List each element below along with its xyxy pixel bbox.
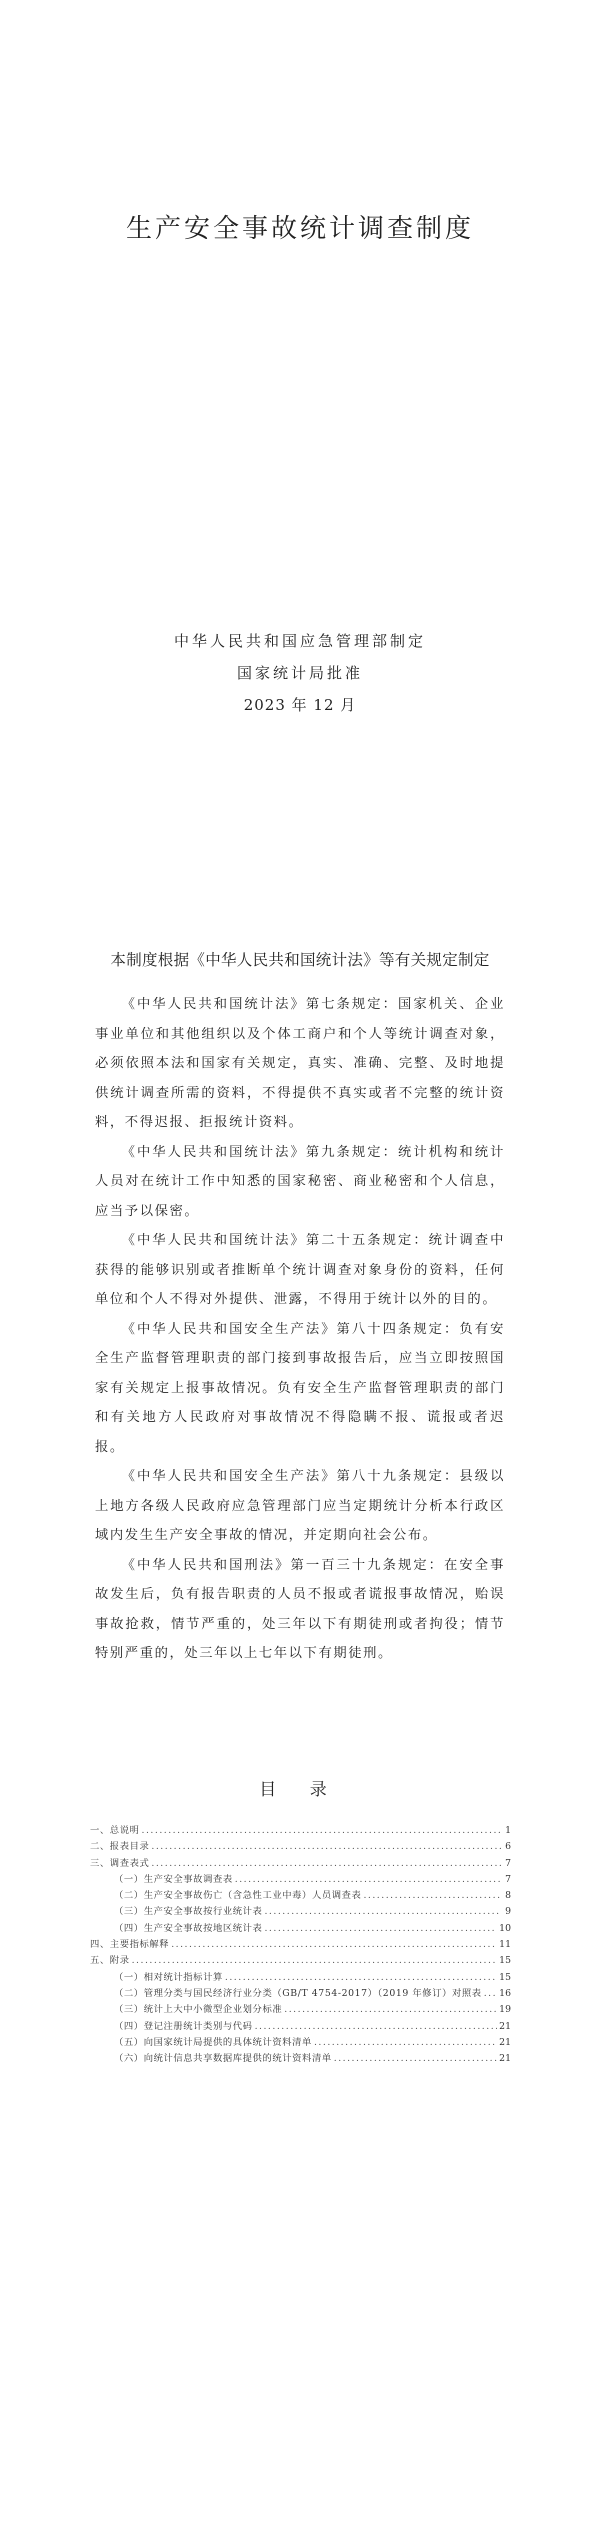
toc-leader-dots	[255, 2019, 498, 2035]
toc-subentry[interactable]: （三）生产安全事故按行业统计表 9	[90, 1904, 511, 1920]
toc-leader-dots	[142, 1823, 502, 1839]
toc-entry-label: （二）管理分类与国民经济行业分类（GB/T 4754-2017）（2019 年修…	[114, 1986, 482, 2002]
toc-entry-label: （五）向国家统计局提供的具体统计资料清单	[114, 2035, 312, 2051]
toc-entry[interactable]: 三、调查表式 7	[90, 1856, 511, 1872]
toc-entry-label: 三、调查表式	[90, 1856, 149, 1872]
toc-entry-page: 7	[503, 1856, 511, 1872]
toc-entry-label: 五、附录	[90, 1953, 130, 1969]
toc-entry[interactable]: 四、主要指标解释 11	[90, 1937, 511, 1953]
issue-date: 2023 年 12 月	[0, 694, 600, 715]
toc-entry-page: 6	[503, 1839, 511, 1855]
toc-entry-page: 8	[503, 1888, 511, 1904]
toc-leader-dots	[225, 1970, 497, 1986]
toc-entry[interactable]: 二、报表目录 6	[90, 1839, 511, 1855]
toc-subentry[interactable]: （一）相对统计指标计算 15	[90, 1970, 511, 1986]
statute-paragraph: 《中华人民共和国刑法》第一百三十九条规定：在安全事故发生后，负有报告职责的人员不…	[95, 1551, 505, 1669]
toc-entry-label: （六）向统计信息共享数据库提供的统计资料清单	[114, 2051, 332, 2067]
statute-paragraph: 《中华人民共和国统计法》第七条规定：国家机关、企业事业单位和其他组织以及个体工商…	[95, 990, 505, 1138]
toc-leader-dots	[264, 1921, 497, 1937]
toc-entry-label: 一、总说明	[90, 1823, 140, 1839]
toc-entry-label: （三）生产安全事故按行业统计表	[114, 1904, 262, 1920]
toc-entry-label: （二）生产安全事故伤亡（含急性工业中毒）人员调查表	[114, 1888, 361, 1904]
legal-basis-heading: 本制度根据《中华人民共和国统计法》等有关规定制定	[0, 948, 600, 970]
toc-entry-page: 15	[499, 1970, 511, 1986]
toc-entry-page: 1	[503, 1823, 511, 1839]
toc-leader-dots	[151, 1856, 501, 1872]
statute-paragraph: 《中华人民共和国统计法》第九条规定：统计机构和统计人员对在统计工作中知悉的国家秘…	[95, 1138, 505, 1227]
toc-entry-label: 四、主要指标解释	[90, 1937, 169, 1953]
toc-entry-page: 21	[499, 2035, 511, 2051]
legal-basis-body: 《中华人民共和国统计法》第七条规定：国家机关、企业事业单位和其他组织以及个体工商…	[95, 990, 505, 1669]
toc-entry-label: 二、报表目录	[90, 1839, 149, 1855]
toc-leader-dots	[171, 1937, 497, 1953]
toc-leader-dots	[484, 1986, 497, 2002]
toc-subentry[interactable]: （二）管理分类与国民经济行业分类（GB/T 4754-2017）（2019 年修…	[90, 1986, 511, 2002]
toc-entry-label: （三）统计上大中小微型企业划分标准	[114, 2002, 282, 2018]
toc-entry-page: 21	[499, 2051, 511, 2067]
toc-entry-page: 16	[499, 1986, 511, 2002]
toc-subentry[interactable]: （六）向统计信息共享数据库提供的统计资料清单 21	[90, 2051, 511, 2067]
toc-leader-dots	[264, 1904, 501, 1920]
toc-entry-label: （一）生产安全事故调查表	[114, 1872, 233, 1888]
approver-bureau: 国家统计局批准	[0, 662, 600, 683]
toc-entry-page: 7	[503, 1872, 511, 1888]
statute-paragraph: 《中华人民共和国安全生产法》第八十九条规定：县级以上地方各级人民政府应急管理部门…	[95, 1462, 505, 1551]
toc-entry-page: 15	[499, 1953, 511, 1969]
toc-entry[interactable]: 一、总说明 1	[90, 1823, 511, 1839]
toc-subentry[interactable]: （一）生产安全事故调查表 7	[90, 1872, 511, 1888]
toc-leader-dots	[235, 1872, 501, 1888]
toc-leader-dots	[334, 2051, 497, 2067]
toc-subentry[interactable]: （五）向国家统计局提供的具体统计资料清单 21	[90, 2035, 511, 2051]
toc-entry-page: 19	[499, 2002, 511, 2018]
toc-leader-dots	[363, 1888, 501, 1904]
toc-entry-label: （四）登记注册统计类别与代码	[114, 2019, 253, 2035]
toc-entry-page: 10	[499, 1921, 511, 1937]
toc-entry[interactable]: 五、附录 15	[90, 1953, 511, 1969]
toc-entry-page: 9	[503, 1904, 511, 1920]
toc-leader-dots	[284, 2002, 497, 2018]
toc-subentry[interactable]: （三）统计上大中小微型企业划分标准 19	[90, 2002, 511, 2018]
document-title: 生产安全事故统计调查制度	[0, 208, 600, 245]
toc-entry-label: （一）相对统计指标计算	[114, 1970, 223, 1986]
table-of-contents: 一、总说明 1 二、报表目录 6 三、调查表式 7 （一）生产安全事故调查表 7…	[90, 1823, 511, 2067]
toc-leader-dots	[314, 2035, 497, 2051]
toc-subentry[interactable]: （四）登记注册统计类别与代码 21	[90, 2019, 511, 2035]
toc-entry-label: （四）生产安全事故按地区统计表	[114, 1921, 262, 1937]
issuer-ministry: 中华人民共和国应急管理部制定	[0, 630, 600, 651]
toc-subentry[interactable]: （四）生产安全事故按地区统计表 10	[90, 1921, 511, 1937]
toc-leader-dots	[151, 1839, 501, 1855]
toc-title: 目 录	[0, 1775, 600, 1800]
statute-paragraph: 《中华人民共和国统计法》第二十五条规定：统计调查中获得的能够识别或者推断单个统计…	[95, 1226, 505, 1315]
statute-paragraph: 《中华人民共和国安全生产法》第八十四条规定：负有安全生产监督管理职责的部门接到事…	[95, 1315, 505, 1463]
toc-entry-page: 21	[499, 2019, 511, 2035]
toc-leader-dots	[132, 1953, 498, 1969]
toc-entry-page: 11	[499, 1937, 511, 1953]
toc-subentry[interactable]: （二）生产安全事故伤亡（含急性工业中毒）人员调查表 8	[90, 1888, 511, 1904]
